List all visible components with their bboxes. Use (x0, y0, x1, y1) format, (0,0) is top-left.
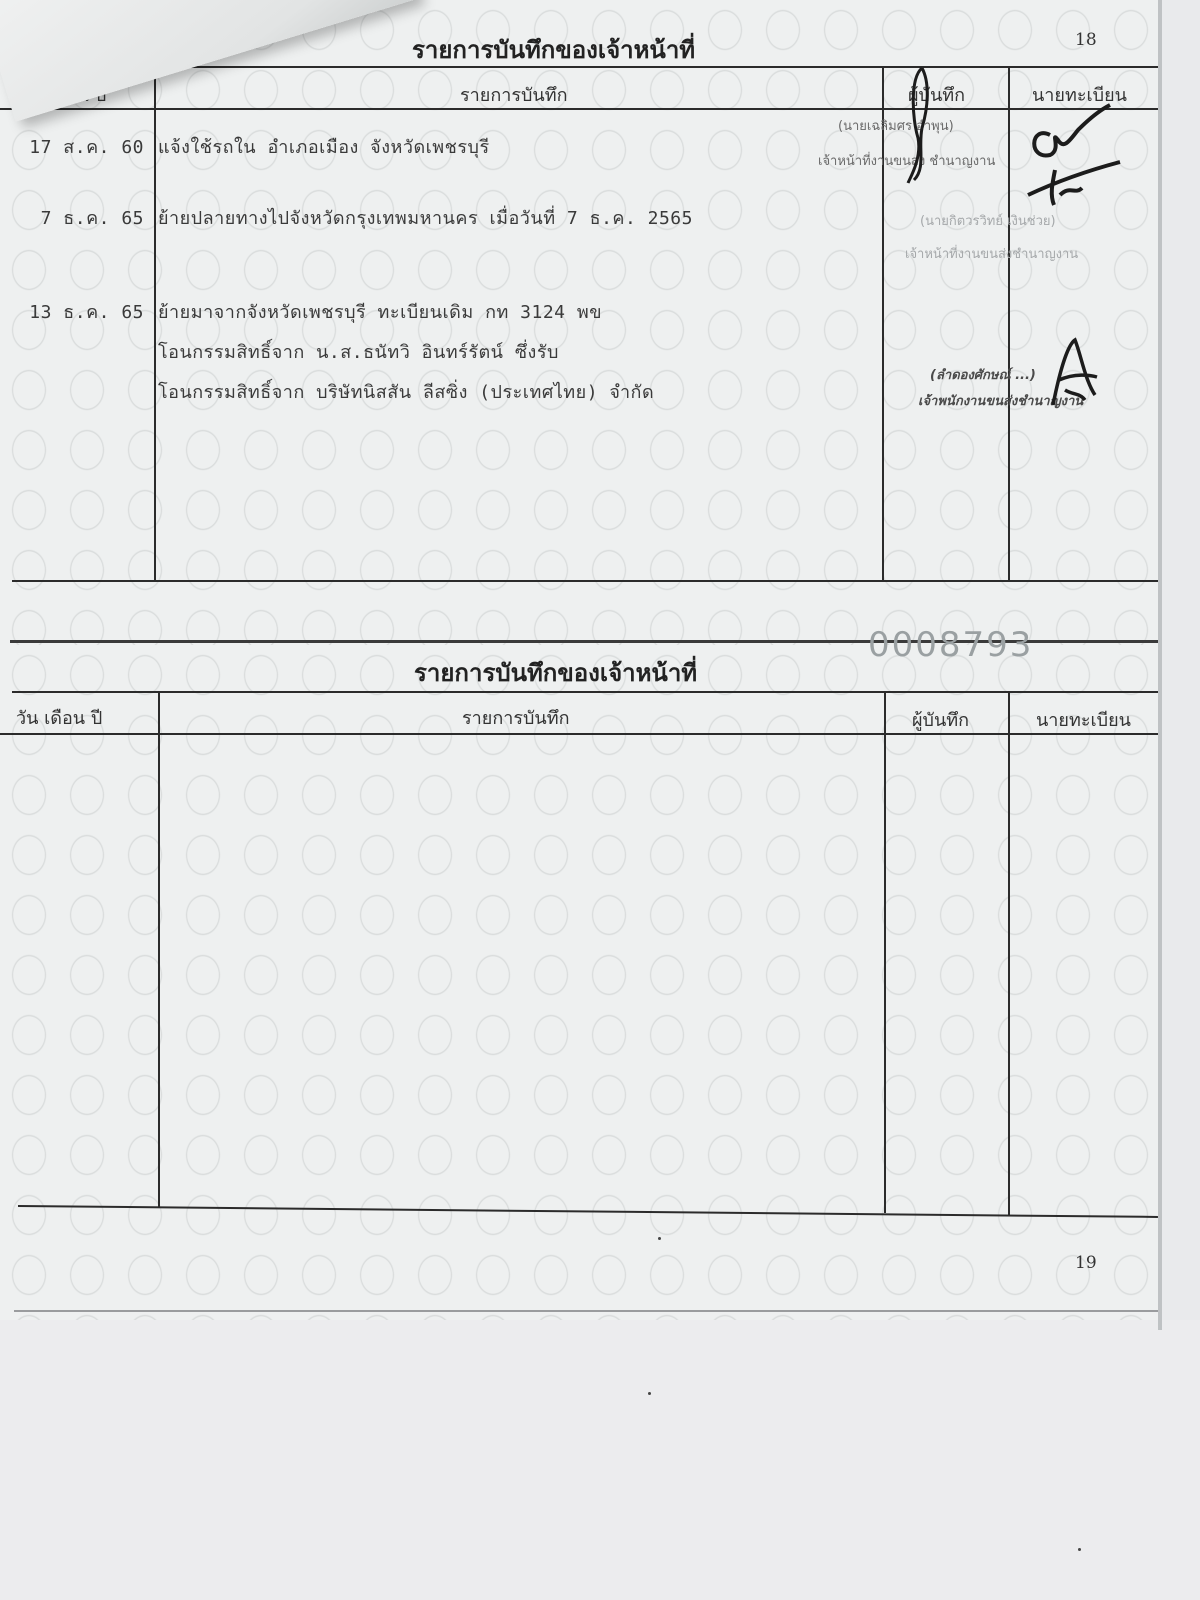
column-divider (884, 691, 886, 1213)
column-header-entry: รายการบันทึก (462, 703, 570, 732)
entry-line: ย้ายมาจากจังหวัดเพชรบุรี ทะเบียนเดิม กท … (158, 297, 602, 326)
column-divider (154, 66, 156, 581)
ink-speck (658, 1237, 661, 1240)
column-header-registrar: นายทะเบียน (1036, 705, 1131, 734)
page-number: 19 (1075, 1253, 1097, 1273)
column-divider (1008, 691, 1010, 1215)
column-header-entry: รายการบันทึก (460, 80, 568, 109)
entry-date: 17 ส.ค. 60 (4, 132, 144, 161)
page-bottom-edge (14, 1310, 1160, 1312)
handwritten-signature-icon (1020, 100, 1140, 210)
handwritten-signature-icon (1045, 335, 1105, 410)
signature-name: (นายกิตวรวิทย์ เงินช่วย) (920, 210, 1056, 231)
signature-position: เจ้าหน้าที่งานขนส่งชำนาญงาน (905, 243, 1078, 264)
signature-name: (ลำดองศักษณ์ ...) (930, 364, 1036, 385)
serial-number: 0008793 (868, 625, 1033, 665)
entry-line: โอนกรรมสิทธิ์จาก น.ส.ธนัทวิ อินทร์รัตน์ … (158, 337, 559, 366)
record-page-19: 0008793 รายการบันทึกของเจ้าหน้าที่ วัน เ… (0, 645, 1160, 1320)
column-divider (1008, 66, 1010, 581)
background-surface (0, 1320, 1200, 1600)
entry-line: ย้ายปลายทางไปจังหวัดกรุงเทพมหานคร เมื่อว… (158, 203, 693, 232)
ink-speck (1078, 1548, 1081, 1551)
entry-date: 7 ธ.ค. 65 (4, 203, 144, 232)
column-header-date: วัน เดือน ปี (16, 703, 102, 732)
handwritten-signature-icon (900, 58, 950, 188)
entry-date: 13 ธ.ค. 65 (4, 297, 144, 326)
page-edge (1158, 0, 1162, 1330)
page-number: 18 (1075, 30, 1097, 50)
page-title: รายการบันทึกของเจ้าหน้าที่ (412, 30, 695, 69)
entry-line: แจ้งใช้รถใน อำเภอเมือง จังหวัดเพชรบุรี (158, 132, 490, 161)
table-bottom-border (12, 580, 1160, 582)
ink-speck (648, 1392, 651, 1395)
column-divider (158, 691, 160, 1207)
record-page-18: รายการบันทึกของเจ้าหน้าที่ 18 วัน เดือน … (0, 0, 1160, 645)
entry-line: โอนกรรมสิทธิ์จาก บริษัทนิสสัน ลีสซิ่ง (ป… (158, 377, 654, 406)
table-header-border (0, 733, 1160, 735)
table-top-border (12, 691, 1160, 693)
page-title: รายการบันทึกของเจ้าหน้าที่ (414, 653, 697, 692)
column-divider (882, 66, 884, 581)
table-bottom-border (18, 1205, 1158, 1218)
folded-page-corner (0, 0, 417, 122)
column-header-recorder: ผู้บันทึก (912, 705, 969, 734)
table-header-border (0, 108, 1160, 110)
